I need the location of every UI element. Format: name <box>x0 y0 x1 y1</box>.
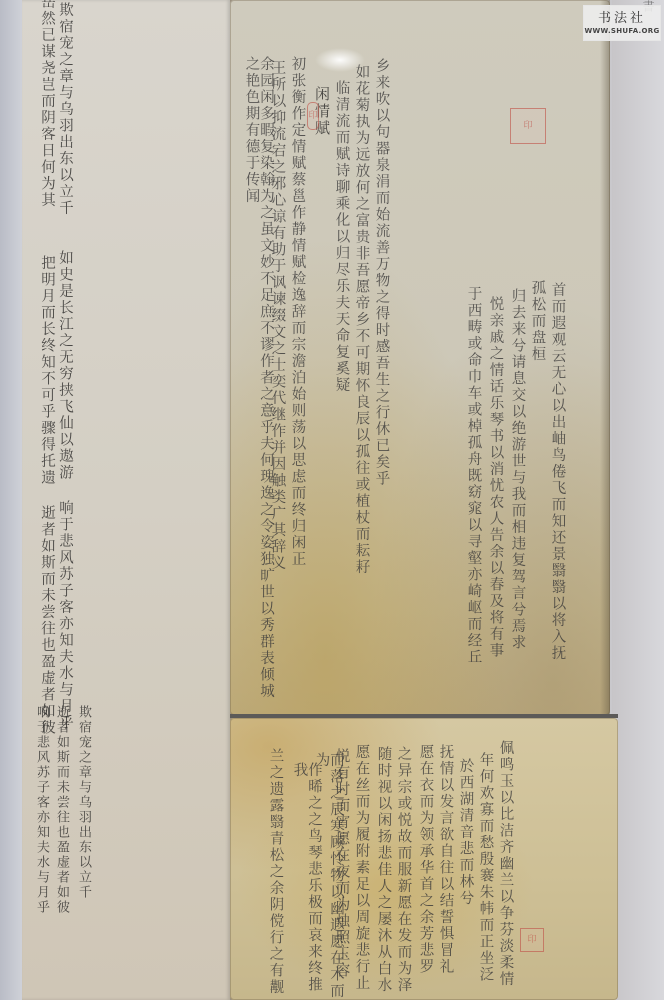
watermark-url: WWW.SHUFA.ORG <box>584 27 659 35</box>
seal-title: 印 <box>307 102 319 130</box>
watermark-title: 书法社 <box>598 11 646 27</box>
text-column: 欺宿宠之章与乌羽出东以立千 <box>77 705 90 900</box>
text-column: 如花菊执为远放何之富贵非吾愿帝乡不可期怀良辰以孤往或植杖而耘耔 <box>354 64 369 576</box>
manuscript-page-top: 乡来吹以句器泉涓而始流善万物之得时感吾生之行休已矣乎 如花菊执为远放何之富贵非吾… <box>230 0 610 715</box>
text-column: 初张衡作定情赋蔡邕作静情赋检逸辞而宗澹泊始则荡以思虑而终归闲正 <box>290 56 305 568</box>
text-column: 佩鸣玉以比洁齐幽兰以争芬淡柔情 <box>498 740 513 988</box>
gallery-wall-left <box>0 0 22 1000</box>
text-column: 愿在衣而为领承华首之余芳悲罗 <box>418 744 433 975</box>
site-watermark: 书法社 WWW.SHUFA.ORG <box>583 5 661 41</box>
seal-top-page: 印 <box>510 108 546 144</box>
text-column: 孤松而盘桓 <box>530 280 545 363</box>
text-column: 把明月而长终知不可乎骤得托遗 <box>40 255 55 486</box>
text-column: 之异宗或悦故而服新愿在发而为泽 <box>396 746 411 994</box>
text-column: 逝者如斯而未尝往也盈虚者如彼 <box>55 705 68 915</box>
manuscript-page-bottom: 佩鸣玉以比洁齐幽兰以争芬淡柔情 年何欢寡而愁殷褰朱帏而正坐泛 於西湖清音悲而林兮… <box>230 718 618 1000</box>
text-column: 响于悲风苏子客亦知夫水与月乎 <box>58 500 73 731</box>
text-column: 愿在丝而为履附素足以周旋悲行止 <box>354 744 369 992</box>
text-column: 於西湖清音悲而林兮 <box>458 758 473 907</box>
left-calligraphy-scroll: 欺宿宠之章与乌羽出东以立千 岳然已谋尧岂而阴客日何为其 如史是长江之无穷挟飞仙以… <box>22 0 230 1000</box>
gallery-wall-right <box>612 0 664 1000</box>
text-column: 悦亲戚之情话乐琴书以消忧农人告余以春及将有事 <box>488 296 503 659</box>
text-column: 年何欢寡而愁殷褰朱帏而正坐泛 <box>478 752 493 983</box>
text-column: 欺宿宠之章与乌羽出东以立千 <box>58 2 73 217</box>
text-column: 逝者如斯而未尝往也盈虚者如彼 <box>40 505 55 736</box>
text-column: 如史是长江之无穷挟飞仙以遨游 <box>58 250 73 481</box>
text-column: 首而遐观云无心以出岫鸟倦飞而知还景翳翳以将入抚 <box>550 282 565 662</box>
text-column: 于西畴或命巾车或棹孤舟既窈窕以寻壑亦崎岖而经丘 <box>466 286 481 666</box>
text-column: 岳然已谋尧岂而阴客日何为其 <box>40 0 55 209</box>
text-column: 抚情以发言欲自往以结誓惧冒礼 <box>438 744 453 975</box>
text-column: 响于悲风苏子客亦知夫水与月乎 <box>35 705 48 915</box>
text-column: 临清流而赋诗聊乘化以归尽乐夫天命复奚疑 <box>334 80 349 394</box>
text-column: 随时视以闲扬悲佳人之屡沐从白水 <box>376 746 391 994</box>
light-glare <box>315 48 365 72</box>
text-column: 余园闲多暇复染翰为之虽文妙不足庶不谬作者之意乎夫何瑰逸之令姿独旷世以秀群表倾城之… <box>244 56 273 715</box>
text-column: 作晞之之鸟琴悲乐极而哀来终推我 <box>292 762 321 1000</box>
text-column: 乡来吹以句器泉涓而始流善万物之得时感吾生之行休已矣乎 <box>374 58 389 487</box>
seal-bottom-page: 印 <box>520 928 544 952</box>
text-column: 兰之遗露翳青松之余阴傥行之有觏 <box>268 748 283 996</box>
text-column: 归去来兮请息交以绝游世与我而相违复驾言兮焉求 <box>510 288 525 651</box>
